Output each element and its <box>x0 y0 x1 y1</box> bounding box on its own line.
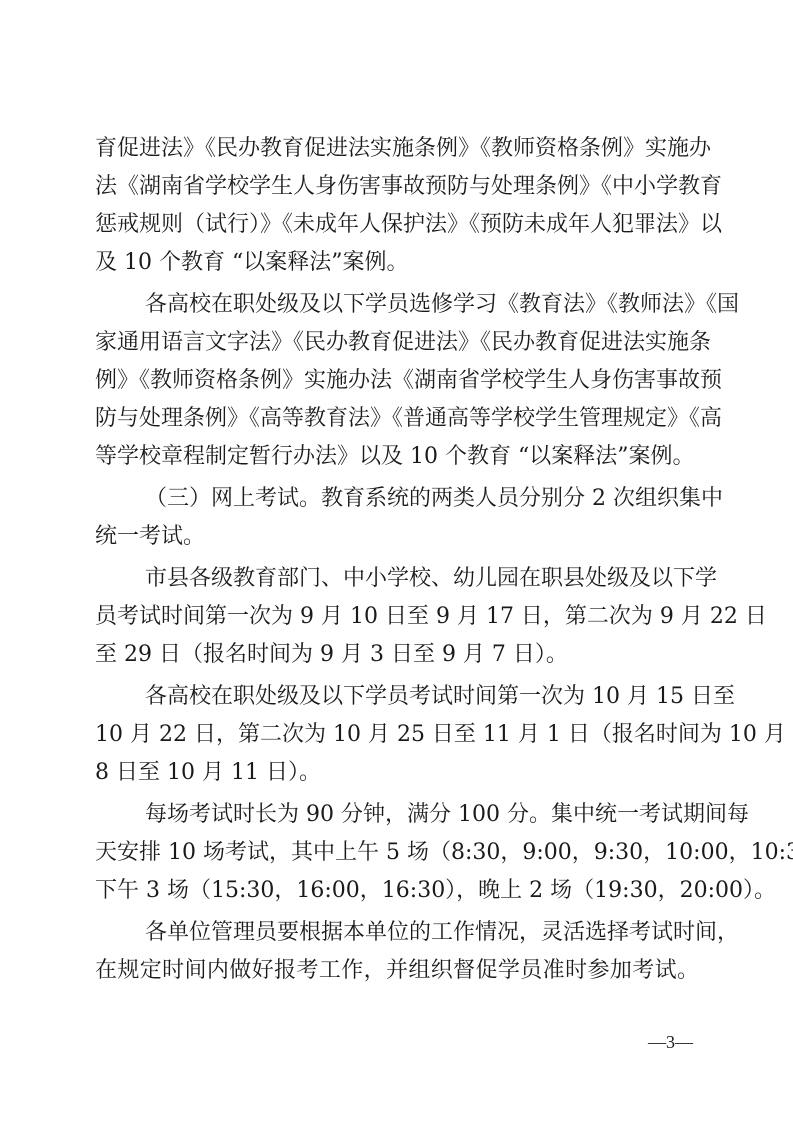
text-line: 每场考试时长为 90 分钟，满分 100 分。集中统一考试期间每 <box>145 800 699 830</box>
text-line: 下午 3 场（15:30，16:00，16:30），晚上 2 场（19:30，2… <box>95 876 699 906</box>
text-line: 10 月 22 日，第二次为 10 月 25 日至 11 月 1 日（报名时间为… <box>95 720 699 750</box>
text-line: 育促进法》《民办教育促进法实施条例》《教师资格条例》实施办 <box>95 134 699 164</box>
text-line: （三）网上考试。教育系统的两类人员分别分 2 次组织集中 <box>145 484 699 514</box>
text-line: 各高校在职处级及以下学员选修学习《教育法》《教师法》《国 <box>145 290 699 320</box>
text-line: 等学校章程制定暂行办法》以及 10 个教育 “以案释法”案例。 <box>95 442 699 472</box>
text-line: 及 10 个教育 “以案释法”案例。 <box>95 248 699 278</box>
text-line: 例》《教师资格条例》实施办法《湖南省学校学生人身伤害事故预 <box>95 366 699 396</box>
document-page: 育促进法》《民办教育促进法实施条例》《教师资格条例》实施办 法《湖南省学校学生人… <box>0 0 793 1122</box>
text-line: 8 日至 10 月 11 日）。 <box>95 758 699 788</box>
text-line: 法《湖南省学校学生人身伤害事故预防与处理条例》《中小学教育 <box>95 172 699 202</box>
text-line: 市县各级教育部门、中小学校、幼儿园在职县处级及以下学 <box>145 564 699 594</box>
text-line: 惩戒规则（试行）》《未成年人保护法》《预防未成年人犯罪法》以 <box>95 210 699 240</box>
text-line: 天安排 10 场考试，其中上午 5 场（8:30，9:00，9:30，10:00… <box>95 838 699 868</box>
text-line: 各单位管理员要根据本单位的工作情况，灵活选择考试时间， <box>145 918 699 948</box>
text-line: 防与处理条例》《高等教育法》《普通高等学校学生管理规定》《高 <box>95 404 699 434</box>
text-line: 统一考试。 <box>95 522 699 552</box>
text-line: 各高校在职处级及以下学员考试时间第一次为 10 月 15 日至 <box>145 682 699 712</box>
text-line: 家通用语言文字法》《民办教育促进法》《民办教育促进法实施条 <box>95 328 699 358</box>
page-number: —3— <box>648 1030 693 1054</box>
text-line: 在规定时间内做好报考工作，并组织督促学员准时参加考试。 <box>95 956 699 986</box>
text-line: 员考试时间第一次为 9 月 10 日至 9 月 17 日，第二次为 9 月 22… <box>95 602 699 632</box>
text-line: 至 29 日（报名时间为 9 月 3 日至 9 月 7 日）。 <box>95 640 699 670</box>
